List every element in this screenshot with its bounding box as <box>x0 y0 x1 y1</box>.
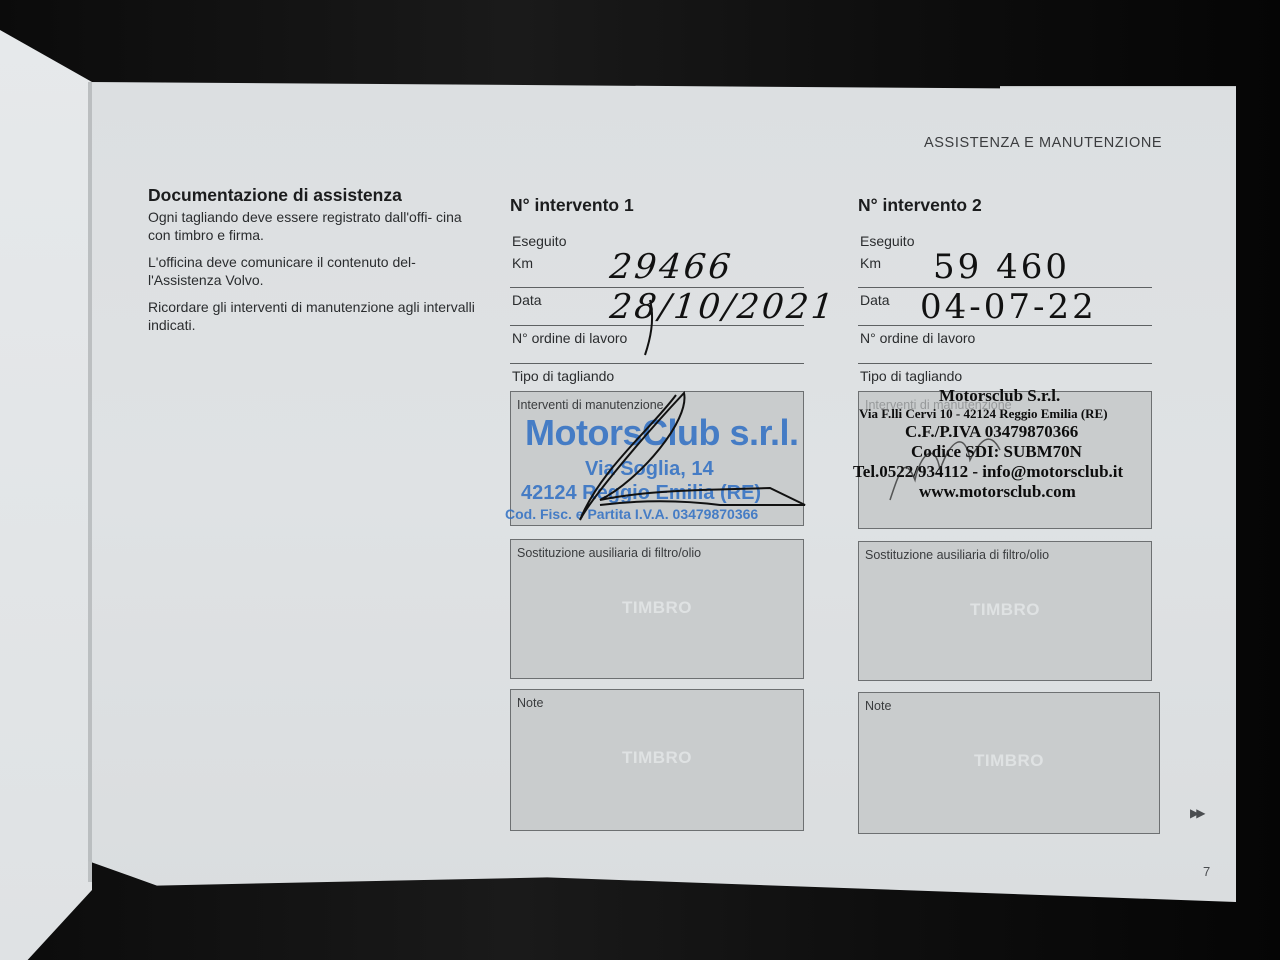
filter-oil-box[interactable]: Sostituzione ausiliaria di filtro/olio T… <box>858 541 1152 681</box>
intro-paragraph: Ogni tagliando deve essere registrato da… <box>148 208 478 244</box>
tipo-label: Tipo di tagliando <box>512 368 614 384</box>
data-label: Data <box>860 292 890 308</box>
order-line <box>858 363 1152 364</box>
filter-oil-box[interactable]: Sostituzione ausiliaria di filtro/olio T… <box>510 539 804 679</box>
gutter <box>88 82 92 882</box>
box-label: Sostituzione ausiliaria di filtro/olio <box>517 546 701 560</box>
eseguito-label: Eseguito <box>860 233 914 249</box>
intervention-title: N° intervento 1 <box>510 195 810 216</box>
tipo-label: Tipo di tagliando <box>860 368 962 384</box>
page-number: 7 <box>1203 864 1210 879</box>
date-line <box>858 325 1152 326</box>
stamp-line: Cod. Fisc. e Partita I.V.A. 03479870366 <box>505 506 758 522</box>
box-label: Note <box>517 696 543 710</box>
intro-paragraph: L'officina deve comunicare il contenuto … <box>148 253 478 289</box>
box-label: Interventi di manutenzione <box>517 398 664 412</box>
box-label: Note <box>865 699 891 713</box>
km-label: Km <box>512 255 533 271</box>
data-label: Data <box>512 292 542 308</box>
stamp-line: Tel.0522/934112 - info@motorsclub.it <box>853 462 1123 482</box>
stamp-line: Via F.lli Cervi 10 - 42124 Reggio Emilia… <box>859 406 1108 422</box>
box-label: Sostituzione ausiliaria di filtro/olio <box>865 548 1049 562</box>
intro-paragraph: Ricordare gli interventi di manutenzione… <box>148 298 478 334</box>
km-value[interactable]: 59 460 <box>933 247 1070 287</box>
notes-box[interactable]: Note TIMBRO <box>858 692 1160 834</box>
stamp-watermark: TIMBRO <box>511 598 803 618</box>
km-value[interactable]: 29466 <box>608 247 735 287</box>
date-line <box>510 325 804 326</box>
intervention-title: N° intervento 2 <box>858 195 1158 216</box>
intro-section: Documentazione di assistenza Ogni taglia… <box>148 185 478 343</box>
stamp-line: www.motorsclub.com <box>919 482 1076 502</box>
stamp-watermark: TIMBRO <box>859 600 1151 620</box>
intervention-2: N° intervento 2 Eseguito Km 59 460 Data … <box>858 195 1158 216</box>
date-value[interactable]: 28/10/2021 <box>608 287 838 327</box>
intervention-1: N° intervento 1 Eseguito Km 29466 Data 2… <box>510 195 810 216</box>
maintenance-box[interactable]: Interventi di manutenzione Motorsclub S.… <box>858 391 1152 529</box>
intro-title: Documentazione di assistenza <box>148 185 478 206</box>
stamp-watermark: TIMBRO <box>511 748 803 768</box>
next-page-icon: ▶▶ <box>1190 806 1202 820</box>
signature-2 <box>0 0 1 1</box>
km-label: Km <box>860 255 881 271</box>
order-label: N° ordine di lavoro <box>860 330 975 346</box>
eseguito-label: Eseguito <box>512 233 566 249</box>
order-label: N° ordine di lavoro <box>512 330 627 346</box>
notes-box[interactable]: Note TIMBRO <box>510 689 804 831</box>
stamp-watermark: TIMBRO <box>859 751 1159 771</box>
section-title: ASSISTENZA E MANUTENZIONE <box>924 135 1162 151</box>
stamp-line: Motorsclub S.r.l. <box>939 386 1060 406</box>
date-value[interactable]: 04-07-22 <box>920 287 1097 327</box>
left-page <box>0 30 92 960</box>
order-line <box>510 363 804 364</box>
